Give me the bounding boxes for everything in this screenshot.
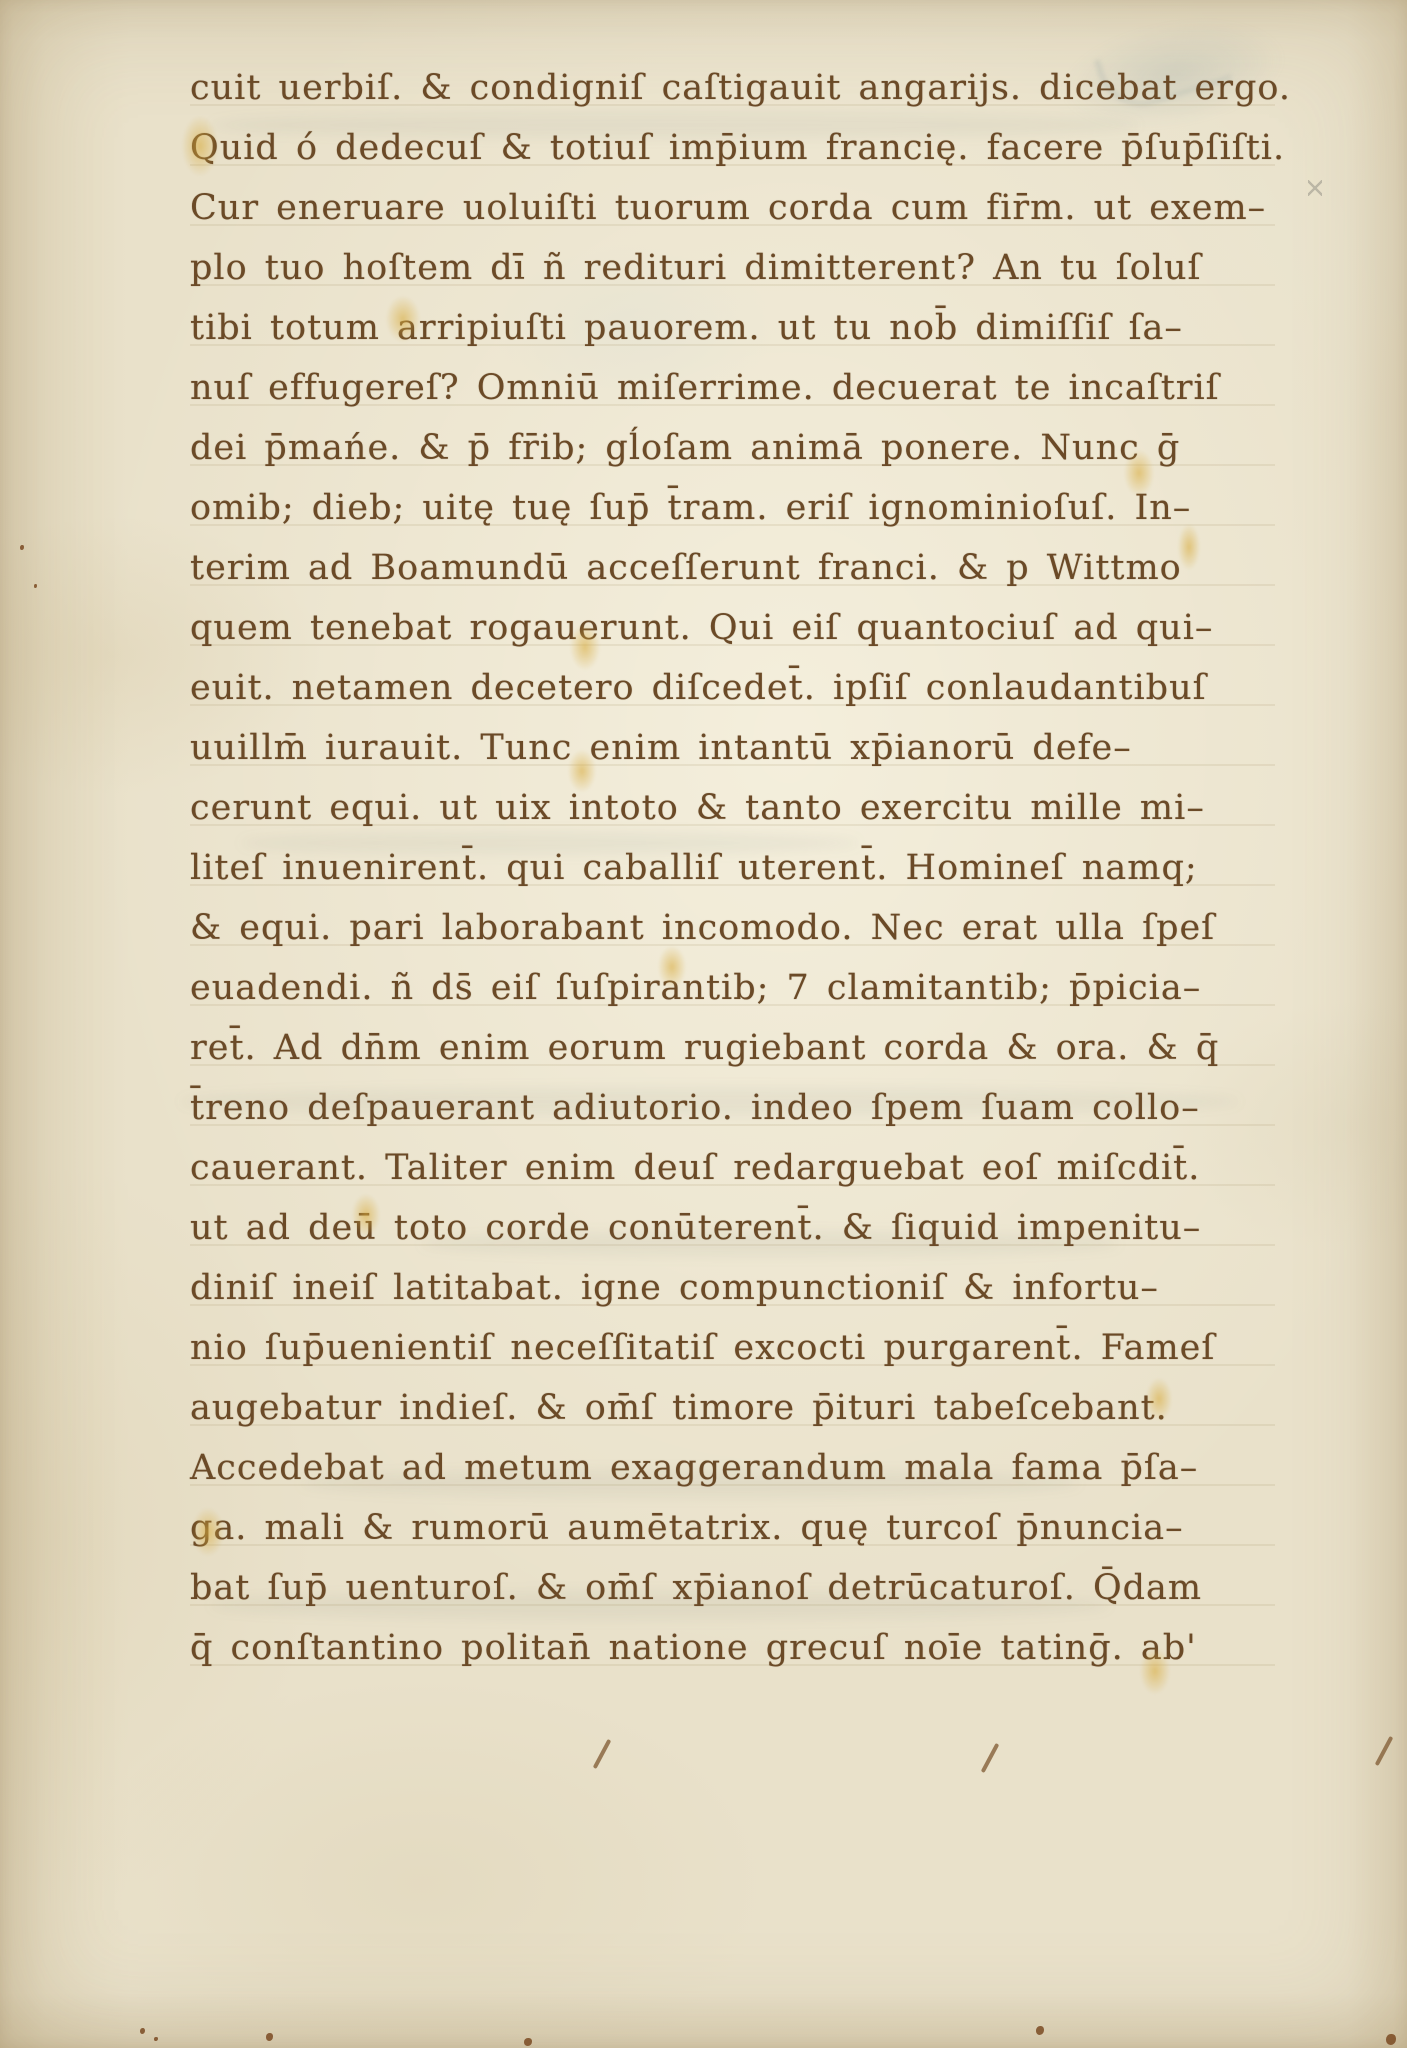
flourish-tail <box>1375 1736 1394 1766</box>
manuscript-line: ut ad deū toto corde conūterent̄. & ſiqu… <box>190 1198 1275 1258</box>
manuscript-line: ga. mali & rumorū aumētatrix. quę turcoſ… <box>190 1498 1275 1558</box>
ink-speck <box>1386 2034 1396 2045</box>
manuscript-line: q̄ conſtantino politan̄ natione grecuſ n… <box>190 1618 1275 1678</box>
manuscript-line: ret̄. Ad dn̄m enim eorum rugiebant corda… <box>190 1018 1275 1078</box>
manuscript-line: Accedebat ad metum exaggerandum mala fam… <box>190 1438 1275 1498</box>
manuscript-line: quem tenebat rogauerunt. Qui eiſ quantoc… <box>190 598 1275 658</box>
manuscript-line: diniſ ineiſ latitabat. igne compunctioni… <box>190 1258 1275 1318</box>
manuscript-line: liteſ inuenirent̄. qui caballiſ uterent̄… <box>190 838 1275 898</box>
manuscript-line: nio ſup̄uenientiſ neceſſitatiſ excocti p… <box>190 1318 1275 1378</box>
ink-speck <box>266 2033 273 2041</box>
manuscript-line: omib; dieb; uitę tuę ſup̄ t̄ram. eriſ ig… <box>190 478 1275 538</box>
manuscript-line: cerunt equi. ut uix intoto & tanto exerc… <box>190 778 1275 838</box>
manuscript-line: augebatur indieſ. & om̄ſ timore p̄ituri … <box>190 1378 1275 1438</box>
manuscript-line: Quid ó dedecuſ & totiuſ imp̄ium francię.… <box>190 118 1275 178</box>
manuscript-line: euit. netamen decetero diſcedet̄. ipſiſ … <box>190 658 1275 718</box>
manuscript-line: cauerant. Taliter enim deuſ redarguebat … <box>190 1138 1275 1198</box>
ink-speck <box>140 2028 145 2034</box>
manuscript-line: plo tuo hoſtem dī ñ redituri dimitterent… <box>190 238 1275 298</box>
margin-x-mark <box>1308 180 1322 196</box>
manuscript-line: & equi. pari laborabant incomodo. Nec er… <box>190 898 1275 958</box>
ink-speck <box>20 545 24 550</box>
ink-speck <box>34 584 37 588</box>
manuscript-line: t̄reno deſpauerant adiutorio. indeo ſpem… <box>190 1078 1275 1138</box>
ink-speck <box>524 2038 532 2046</box>
manuscript-line: euadendi. ñ ds̄ eiſ ſuſpirantib; 7 clami… <box>190 958 1275 1018</box>
manuscript-line: terim ad Boamundū acceſſerunt franci. & … <box>190 538 1275 598</box>
text-block: cuit uerbiſ. & condigniſ caſtigauit anga… <box>190 58 1275 1678</box>
ink-speck <box>154 2037 158 2041</box>
manuscript-line: uuillm̄ iurauit. Tunc enim intantū xp̄ia… <box>190 718 1275 778</box>
manuscript-line: Cur eneruare uoluiſti tuorum corda cum f… <box>190 178 1275 238</box>
manuscript-line: tibi totum arripiuſti pauorem. ut tu nob… <box>190 298 1275 358</box>
manuscript-line: cuit uerbiſ. & condigniſ caſtigauit anga… <box>190 58 1275 118</box>
flourish-tail <box>593 1739 612 1769</box>
manuscript-line: dei p̄mańe. & p̄ fr̄ib; gĺoſam animā pon… <box>190 418 1275 478</box>
manuscript-page: cuit uerbiſ. & condigniſ caſtigauit anga… <box>0 0 1407 2048</box>
manuscript-line: bat ſup̄ uenturoſ. & om̄ſ xp̄ianoſ detrū… <box>190 1558 1275 1618</box>
manuscript-line: nuſ effugereſ? Omniū miſerrime. decuerat… <box>190 358 1275 418</box>
flourish-tail <box>981 1743 1000 1773</box>
ink-speck <box>1036 2026 1044 2035</box>
